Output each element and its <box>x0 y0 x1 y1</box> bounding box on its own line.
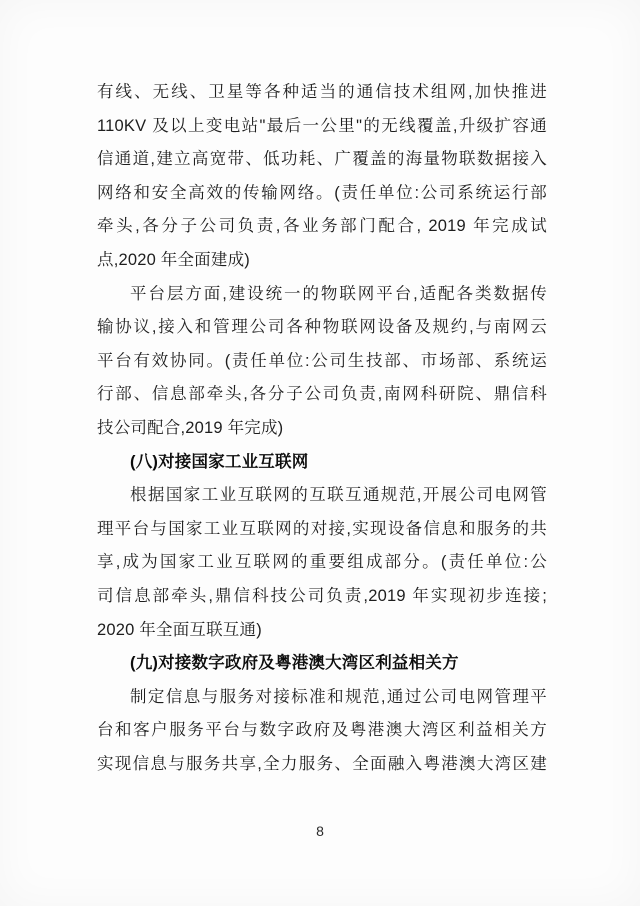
text-line: 110KV 及以上变电站"最后一公里"的无线覆盖,升级扩容通 <box>97 110 547 144</box>
text-line: 实现信息与服务共享,全力服务、全面融入粤港澳大湾区建 <box>97 748 547 782</box>
text-line: 信通道,建立高宽带、低功耗、广覆盖的海量物联数据接入 <box>97 143 547 177</box>
text-line: 司信息部牵头,鼎信科技公司负责,2019 年实现初步连接; <box>97 580 547 614</box>
text-line: 享,成为国家工业互联网的重要组成部分。(责任单位:公 <box>97 546 547 580</box>
text-line: 制定信息与服务对接标准和规范,通过公司电网管理平 <box>97 681 547 715</box>
text-line: 输协议,接入和管理公司各种物联网设备及规约,与南网云 <box>97 311 547 345</box>
document-page: 有线、无线、卫星等各种适当的通信技术组网,加快推进110KV 及以上变电站"最后… <box>0 0 640 906</box>
text-line: 台和客户服务平台与数字政府及粤港澳大湾区利益相关方 <box>97 714 547 748</box>
text-line: 理平台与国家工业互联网的对接,实现设备信息和服务的共 <box>97 513 547 547</box>
text-line: 平台有效协同。(责任单位:公司生技部、市场部、系统运 <box>97 345 547 379</box>
text-line: 有线、无线、卫星等各种适当的通信技术组网,加快推进 <box>97 76 547 110</box>
text-line: 根据国家工业互联网的互联互通规范,开展公司电网管 <box>97 479 547 513</box>
section-heading: (九)对接数字政府及粤港澳大湾区利益相关方 <box>97 647 547 681</box>
section-heading: (八)对接国家工业互联网 <box>97 446 547 480</box>
text-line: 点,2020 年全面建成) <box>97 244 547 278</box>
text-line: 网络和安全高效的传输网络。(责任单位:公司系统运行部 <box>97 177 547 211</box>
page-number: 8 <box>0 823 640 839</box>
document-text: 有线、无线、卫星等各种适当的通信技术组网,加快推进110KV 及以上变电站"最后… <box>97 76 547 781</box>
text-line: 2020 年全面互联互通) <box>97 614 547 648</box>
text-line: 牵头,各分子公司负责,各业务部门配合, 2019 年完成试 <box>97 210 547 244</box>
text-line: 行部、信息部牵头,各分子公司负责,南网科研院、鼎信科 <box>97 378 547 412</box>
text-line: 技公司配合,2019 年完成) <box>97 412 547 446</box>
text-line: 平台层方面,建设统一的物联网平台,适配各类数据传 <box>97 278 547 312</box>
